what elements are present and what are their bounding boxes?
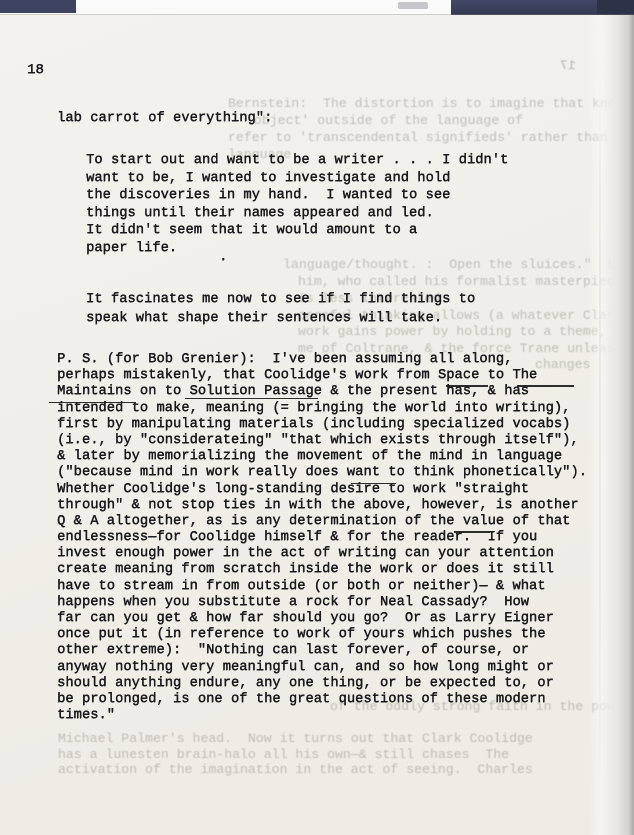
underline-stroke-the bbox=[517, 385, 575, 387]
text-line: It didn't seem that it would amount to a bbox=[86, 222, 508, 240]
section-divider-dot: . bbox=[219, 250, 227, 265]
text-line: ("because mind in work really does want … bbox=[57, 465, 602, 481]
text-line: once put it (in reference to work of you… bbox=[57, 627, 602, 643]
text-line: endlessness—for Coolidge himself & for t… bbox=[57, 530, 602, 546]
text-line: happens when you substitute a rock for N… bbox=[57, 595, 602, 611]
underline-stroke-solution-passage bbox=[185, 398, 317, 400]
text-line: times." bbox=[57, 708, 602, 724]
text-line: want to be, I wanted to investigate and … bbox=[86, 170, 508, 188]
text-line: first by manipulating materials (includi… bbox=[57, 417, 602, 433]
text-line: should anything endure, any one thing, o… bbox=[57, 676, 602, 692]
text-line: anyway nothing very meaningful can, and … bbox=[57, 660, 602, 676]
text-line: things until their names appeared and le… bbox=[86, 205, 508, 223]
quote-block-2: It fascinates me now to see if I find th… bbox=[86, 291, 475, 328]
text-line: intended to make, meaning (= bringing th… bbox=[57, 401, 602, 417]
text-line: P. S. (for Bob Grenier): I've been assum… bbox=[57, 352, 602, 368]
underline-stroke-space bbox=[446, 385, 487, 387]
quote-block-1: To start out and want to be a writer . .… bbox=[86, 152, 508, 258]
bleedthrough-text: refer to 'transcendental signifieds' rat… bbox=[228, 130, 634, 145]
page-edge-shadow bbox=[588, 15, 634, 835]
scanned-document: { "page": { "number": "18", "ghost_facin… bbox=[0, 0, 634, 835]
underline-stroke-want bbox=[351, 483, 397, 485]
text-line: Q & A altogether, as is any determinatio… bbox=[57, 514, 602, 530]
text-line: Whether Coolidge's long-standing desire … bbox=[57, 482, 602, 498]
ps-paragraph: P. S. (for Bob Grenier): I've been assum… bbox=[57, 352, 602, 724]
bleedthrough-text: activation of the imagination in the act… bbox=[58, 762, 533, 777]
bleedthrough-text: 17 bbox=[560, 58, 576, 73]
text-line: paper life. bbox=[86, 240, 508, 258]
text-line: invest enough power in the act of writin… bbox=[57, 546, 602, 562]
intro-line: lab carrot of everything": bbox=[57, 111, 272, 126]
text-line: the discoveries in my hand. I wanted to … bbox=[86, 187, 508, 205]
text-line: far can you get & how far should you go?… bbox=[57, 611, 602, 627]
text-line: have to stream in from outside (or both … bbox=[57, 579, 602, 595]
bleedthrough-text: Michael Palmer's head. Now it turns out … bbox=[58, 731, 533, 746]
text-line: To start out and want to be a writer . .… bbox=[86, 152, 508, 170]
scanned-page: Bernstein: The distortion is to imagine … bbox=[0, 15, 634, 835]
text-line: It fascinates me now to see if I find th… bbox=[86, 291, 475, 310]
text-line: speak what shape their sentences will ta… bbox=[86, 310, 475, 329]
bleedthrough-text: Bernstein: The distortion is to imagine … bbox=[228, 96, 634, 111]
text-line: through" & not stop ties in with the abo… bbox=[57, 498, 602, 514]
bleedthrough-text: him, who called his formalist masterpiec… bbox=[298, 274, 634, 289]
page-number: 18 bbox=[27, 62, 44, 78]
text-line: be prolonged, is one of the great questi… bbox=[57, 692, 602, 708]
underline-stroke-maintains bbox=[49, 402, 136, 404]
bleedthrough-text: 'object' outside of the language of bbox=[246, 113, 523, 128]
text-line: perhaps mistakenly, that Coolidge's work… bbox=[57, 368, 602, 384]
scanner-smudge bbox=[398, 2, 428, 9]
text-line: (i.e., by "considerateing" "that which e… bbox=[57, 433, 602, 449]
scanner-edge-bar-left bbox=[0, 0, 76, 13]
text-line: other extreme): "Nothing can last foreve… bbox=[57, 643, 602, 659]
underline-stroke-value bbox=[454, 531, 490, 533]
bleedthrough-text: language/thought. : Open the sluices." L… bbox=[283, 257, 634, 272]
bleedthrough-text: has a lunesten brain-halo all his own—& … bbox=[58, 747, 509, 762]
text-line: & later by memorializing the movement of… bbox=[57, 449, 602, 465]
text-line: create meaning from scratch inside the w… bbox=[57, 562, 602, 578]
